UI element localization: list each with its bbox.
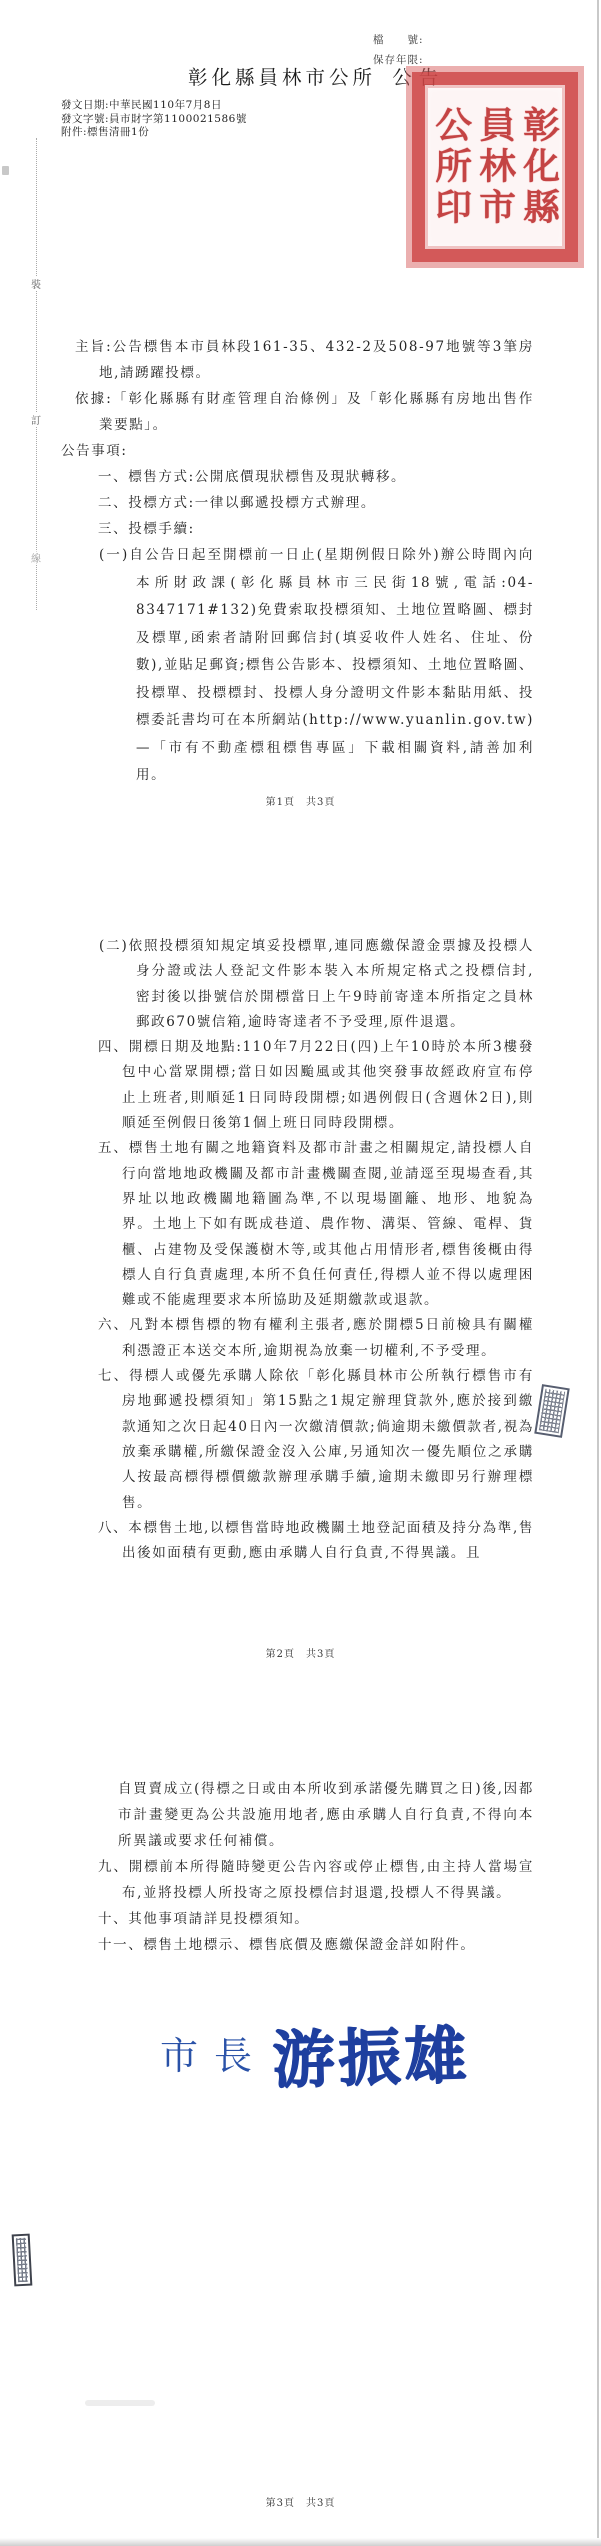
subject-line: 主旨:公告標售本市員林段161-35、432-2及508-97地號等3筆房地,請… (75, 334, 534, 386)
binding-dotted-line (36, 138, 37, 610)
basis-line: 依據:「彰化縣縣有財產管理自治條例」及「彰化縣縣有房地出售作業要點」。 (75, 386, 534, 438)
item-6-rights-claim: 六、凡對本標售標的物有權利主張者,應於開標5日前檢具有關權利憑證正本送交本所,逾… (98, 1313, 534, 1364)
binding-seam-stamp (12, 2234, 33, 2287)
attachment-line: 附件:標售清冊1份 (61, 126, 247, 140)
item-10-see-instructions: 十、其他事項請詳見投標須知。 (98, 1906, 534, 1932)
seal-column-left: 公所印 (431, 106, 472, 229)
page2-footer: 第2頁 共3頁 (0, 1645, 601, 1660)
document-title: 彰化縣員林市公所 公告 (188, 62, 445, 90)
page1-footer: 第1頁 共3頁 (0, 793, 601, 808)
item-7-payment: 七、得標人或優先承購人除依「彰化縣員林市公所執行標售市有房地郵遞投標須知」第15… (98, 1364, 534, 1516)
mayor-title: 市長 (160, 2025, 268, 2080)
margin-speck (2, 166, 9, 175)
item-1-sale-method: 一、標售方式:公開底價現狀標售及現狀轉移。 (98, 464, 534, 490)
item-9-change-or-stop: 九、開標前本所得隨時變更公告內容或停止標售,由主持人當場宣布,並將投標人所投寄之… (98, 1854, 534, 1906)
stamp-seal-script (539, 1389, 565, 1434)
seal-column-right: 彰化縣 (519, 106, 560, 229)
scan-edge-right (597, 0, 599, 2546)
doc-number-line: 發文字號:員市財字第1100021586號 (61, 113, 247, 127)
page1-body: 主旨:公告標售本市員林段161-35、432-2及508-97地號等3筆房地,請… (61, 334, 534, 790)
mayor-name-signature: 游振雄 (271, 2005, 471, 2099)
item-5-land-records: 五、標售土地有關之地籍資料及都市計畫之相關規定,請投標人自行向當地地政機關及都市… (98, 1136, 534, 1313)
item-8-registered-area: 八、本標售土地,以標售當時地政機關土地登記面積及持分為準,售出後如面積有更動,應… (98, 1516, 534, 1567)
page2-body: (二)依照投標須知規定填妥投標單,連同應繳保證金票據及投標人身分證或法人登記文件… (61, 934, 534, 1566)
agency-name: 彰化縣員林市公所 (188, 66, 376, 89)
binding-char-xian: 線 (28, 550, 44, 565)
file-number-label: 檔 號: (373, 30, 424, 50)
issue-date-line: 發文日期:中華民國110年7月8日 (61, 99, 247, 113)
item-3-bid-procedure: 三、投標手續: (98, 516, 534, 542)
item-2-bid-method: 二、投標方式:一律以郵遞投標方式辦理。 (98, 490, 534, 516)
item-3-1-document-request: (一)自公告日起至開標前一日止(星期例假日除外)辦公時間內向本所財政課(彰化縣員… (99, 542, 534, 790)
doc-meta-block: 發文日期:中華民國110年7月8日 發文字號:員市財字第1100021586號 … (61, 99, 247, 140)
item-8-continuation: 自買賣成立(得標之日或由本所收到承諾優先購買之日)後,因都市計畫變更為公共設施用… (118, 1776, 534, 1854)
seal-column-middle: 員林市 (475, 106, 516, 229)
announcement-section-header: 公告事項: (61, 438, 534, 464)
page-verification-stamp (534, 1384, 569, 1438)
binding-char-ding: 訂 (28, 412, 44, 427)
page3-footer: 第3頁 共3頁 (0, 2494, 601, 2509)
agency-seal: 彰化縣 員林市 公所印 (412, 72, 578, 262)
item-4-opening-date: 四、開標日期及地點:110年7月22日(四)上午10時於本所3樓發包中心當眾開標… (98, 1035, 534, 1136)
page3-body: 自買賣成立(得標之日或由本所收到承諾優先購買之日)後,因都市計畫變更為公共設施用… (61, 1776, 534, 1958)
scanned-official-announcement: 檔 號: 保存年限: 彰化縣員林市公所 公告 發文日期:中華民國110年7月8日… (0, 0, 601, 2546)
scan-edge-bottom (0, 2538, 601, 2546)
binding-char-zhuang: 裝 (28, 276, 44, 291)
item-11-attachment-detail: 十一、標售土地標示、標售底價及應繳保證金詳如附件。 (98, 1932, 534, 1958)
stamp-seal-script (16, 2238, 28, 2282)
signature-block: 市長 游振雄 (160, 2008, 470, 2097)
item-3-2-bid-envelope: (二)依照投標須知規定填妥投標單,連同應繳保證金票據及投標人身分證或法人登記文件… (99, 934, 534, 1035)
scan-smudge (85, 2400, 155, 2406)
